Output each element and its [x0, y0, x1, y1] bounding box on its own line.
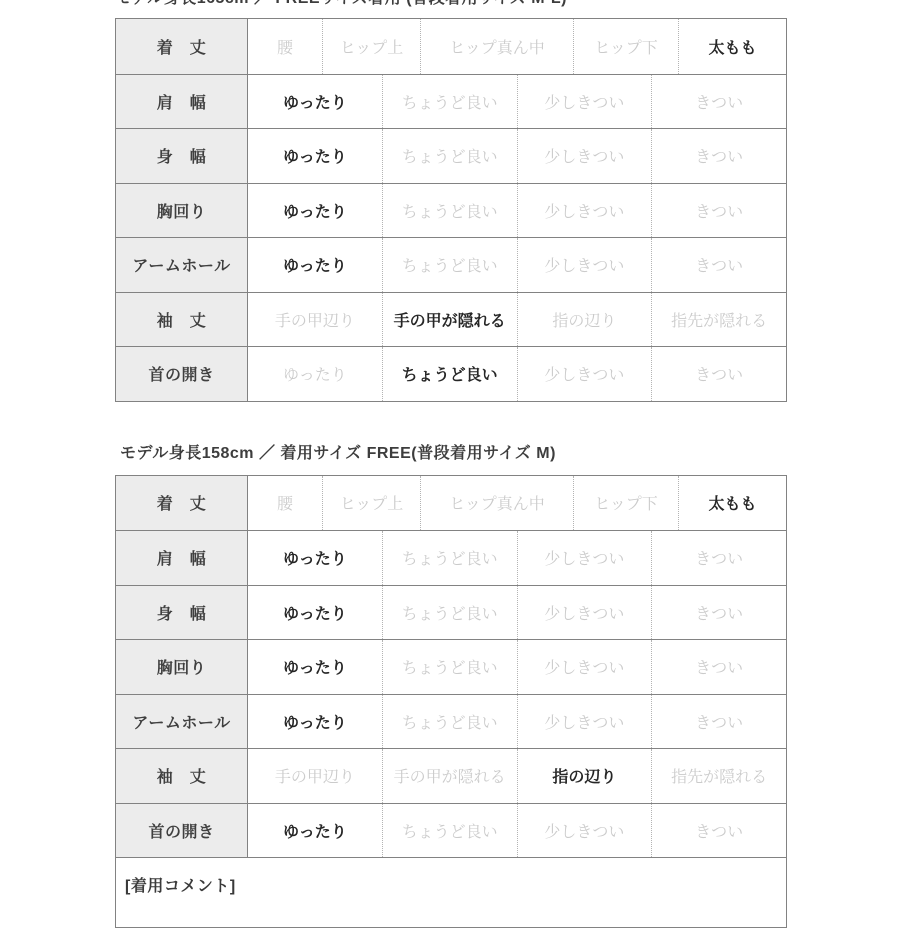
- fit-row-length: 着 丈 腰 ヒップ上 ヒップ真ん中 ヒップ下 太もも: [116, 476, 786, 531]
- fit-option: 太もも: [679, 19, 786, 74]
- fit-row-label: アームホール: [116, 238, 248, 292]
- table1-caption-clipped: モデル身長165cm ／ FREEサイズ着用 (普段着用サイズ M-L): [115, 0, 787, 9]
- fit-option: ヒップ上: [323, 19, 421, 74]
- fit-option: 少しきつい: [518, 347, 653, 401]
- fit-option: ちょうど良い: [383, 804, 518, 858]
- fit-row-shoulder: 肩 幅 ゆったり ちょうど良い 少しきつい きつい: [116, 530, 786, 585]
- fit-option: ヒップ下: [574, 476, 679, 531]
- fit-option: 少しきつい: [518, 238, 653, 292]
- fit-row-label: 肩 幅: [116, 75, 248, 129]
- fit-table-model-165: 着 丈 腰 ヒップ上 ヒップ真ん中 ヒップ下 太もも 肩 幅 ゆったり ちょうど…: [115, 18, 787, 402]
- fit-option: 少しきつい: [518, 531, 653, 585]
- fit-row-label: 胸回り: [116, 184, 248, 238]
- fit-option: 指の辺り: [518, 293, 653, 347]
- fit-option: 指の辺り: [518, 749, 653, 803]
- fit-row-chest: 胸回り ゆったり ちょうど良い 少しきつい きつい: [116, 183, 786, 238]
- fit-row-neck: 首の開き ゆったり ちょうど良い 少しきつい きつい: [116, 803, 786, 858]
- fit-option: 少しきつい: [518, 640, 653, 694]
- fit-option: ちょうど良い: [383, 129, 518, 183]
- fit-row-armhole: アームホール ゆったり ちょうど良い 少しきつい きつい: [116, 237, 786, 292]
- fit-row-chest: 胸回り ゆったり ちょうど良い 少しきつい きつい: [116, 639, 786, 694]
- fit-row-shoulder: 肩 幅 ゆったり ちょうど良い 少しきつい きつい: [116, 74, 786, 129]
- fit-row-label: 袖 丈: [116, 749, 248, 803]
- fit-option: ヒップ真ん中: [421, 19, 574, 74]
- fit-row-label: 着 丈: [116, 19, 248, 74]
- fit-option: 少しきつい: [518, 695, 653, 749]
- fit-row-armhole: アームホール ゆったり ちょうど良い 少しきつい きつい: [116, 694, 786, 749]
- table1-caption: モデル身長165cm ／ FREEサイズ着用 (普段着用サイズ M-L): [115, 0, 787, 8]
- fit-row-label: 首の開き: [116, 804, 248, 858]
- fit-option: きつい: [652, 129, 786, 183]
- fit-row-body-width: 身 幅 ゆったり ちょうど良い 少しきつい きつい: [116, 585, 786, 640]
- fit-option: ゆったり: [248, 695, 383, 749]
- fit-option: きつい: [652, 586, 786, 640]
- fit-row-label: 身 幅: [116, 586, 248, 640]
- fit-option: ゆったり: [248, 184, 383, 238]
- fit-option: ちょうど良い: [383, 238, 518, 292]
- fit-option: きつい: [652, 640, 786, 694]
- fit-option: 手の甲辺り: [248, 293, 383, 347]
- fit-option: きつい: [652, 75, 786, 129]
- wear-comment-section: [着用コメント]: [115, 858, 787, 900]
- fit-option: きつい: [652, 347, 786, 401]
- fit-option: ヒップ下: [574, 19, 679, 74]
- fit-option: 指先が隠れる: [652, 749, 786, 803]
- fit-option: ちょうど良い: [383, 695, 518, 749]
- table2-caption: モデル身長158cm ／ 着用サイズ FREE(普段着用サイズ M): [115, 444, 787, 464]
- fit-option: 手の甲が隠れる: [383, 293, 518, 347]
- fit-option: 手の甲辺り: [248, 749, 383, 803]
- fit-row-sleeve: 袖 丈 手の甲辺り 手の甲が隠れる 指の辺り 指先が隠れる: [116, 292, 786, 347]
- fit-option: 少しきつい: [518, 129, 653, 183]
- wear-comment-label: [着用コメント]: [125, 878, 236, 895]
- fit-option: 少しきつい: [518, 586, 653, 640]
- fit-option: 腰: [248, 476, 323, 531]
- fit-row-length: 着 丈 腰 ヒップ上 ヒップ真ん中 ヒップ下 太もも: [116, 19, 786, 74]
- fit-option: 少しきつい: [518, 804, 653, 858]
- fit-option: ゆったり: [248, 804, 383, 858]
- fit-option: ちょうど良い: [383, 75, 518, 129]
- fit-row-neck: 首の開き ゆったり ちょうど良い 少しきつい きつい: [116, 346, 786, 401]
- fit-option: ゆったり: [248, 586, 383, 640]
- fit-option: きつい: [652, 804, 786, 858]
- fit-option: ゆったり: [248, 238, 383, 292]
- fit-option: ちょうど良い: [383, 347, 518, 401]
- fit-row-label: アームホール: [116, 695, 248, 749]
- fit-option: ちょうど良い: [383, 586, 518, 640]
- fit-option: ヒップ真ん中: [421, 476, 574, 531]
- fit-option: きつい: [652, 238, 786, 292]
- fit-option: ゆったり: [248, 75, 383, 129]
- fit-option: きつい: [652, 184, 786, 238]
- fit-option: きつい: [652, 531, 786, 585]
- fit-option: 腰: [248, 19, 323, 74]
- fit-option: きつい: [652, 695, 786, 749]
- fit-row-label: 首の開き: [116, 347, 248, 401]
- fit-review-panel: モデル身長165cm ／ FREEサイズ着用 (普段着用サイズ M-L) 着 丈…: [115, 0, 787, 900]
- fit-option: ゆったり: [248, 347, 383, 401]
- fit-row-label: 胸回り: [116, 640, 248, 694]
- fit-option: ちょうど良い: [383, 640, 518, 694]
- fit-option: ゆったり: [248, 640, 383, 694]
- fit-option: 指先が隠れる: [652, 293, 786, 347]
- fit-row-label: 袖 丈: [116, 293, 248, 347]
- fit-option: 少しきつい: [518, 184, 653, 238]
- fit-option: ヒップ上: [323, 476, 421, 531]
- fit-option: ちょうど良い: [383, 531, 518, 585]
- fit-option: 太もも: [679, 476, 786, 531]
- fit-row-label: 着 丈: [116, 476, 248, 531]
- fit-option: ゆったり: [248, 531, 383, 585]
- fit-row-body-width: 身 幅 ゆったり ちょうど良い 少しきつい きつい: [116, 128, 786, 183]
- fit-option: 手の甲が隠れる: [383, 749, 518, 803]
- fit-option: ちょうど良い: [383, 184, 518, 238]
- fit-row-label: 身 幅: [116, 129, 248, 183]
- fit-table-model-158: 着 丈 腰 ヒップ上 ヒップ真ん中 ヒップ下 太もも 肩 幅 ゆったり ちょうど…: [115, 475, 787, 859]
- fit-option: ゆったり: [248, 129, 383, 183]
- fit-option: 少しきつい: [518, 75, 653, 129]
- fit-row-label: 肩 幅: [116, 531, 248, 585]
- fit-row-sleeve: 袖 丈 手の甲辺り 手の甲が隠れる 指の辺り 指先が隠れる: [116, 748, 786, 803]
